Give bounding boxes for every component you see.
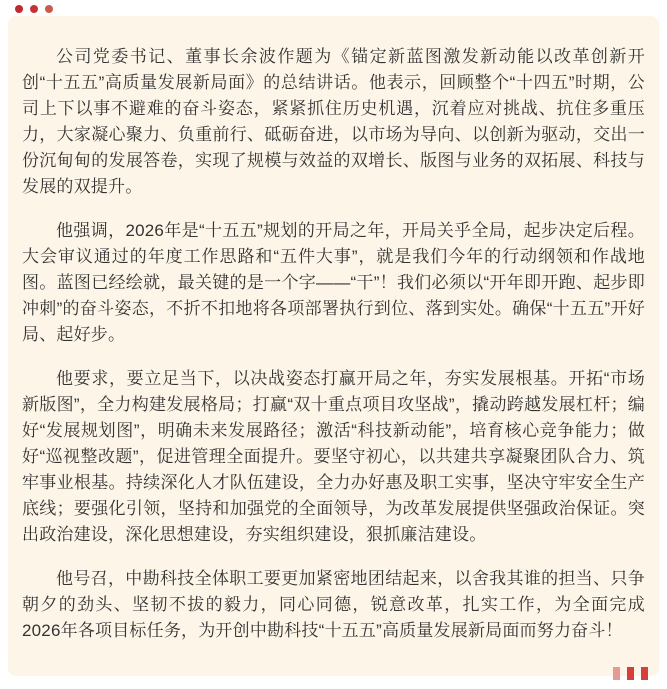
accent-bar-icon	[613, 667, 620, 680]
window-dots	[15, 5, 53, 13]
article-paragraph-4: 他号召，中勘科技全体职工要更加紧密地团结起来，以舍我其谁的担当、只争朝夕的劲头、…	[22, 566, 645, 644]
article-paragraph-2: 他强调，2026年是“十五五”规划的开局之年，开局关乎全局，起步决定后程。大会审…	[22, 218, 645, 348]
window-dot-icon	[30, 5, 38, 13]
article-card: 公司党委书记、董事长余波作题为《锚定新蓝图激发新动能以改革创新开创“十五五”高质…	[8, 16, 659, 676]
accent-bar-icon	[627, 667, 634, 680]
window-dot-icon	[15, 5, 23, 13]
footer-accent-bars	[613, 667, 648, 680]
article-paragraph-3: 他要求，要立足当下，以决战姿态打赢开局之年，夯实发展根基。开拓“市场新版图”，全…	[22, 366, 645, 548]
page: 公司党委书记、董事长余波作题为《锚定新蓝图激发新动能以改革创新开创“十五五”高质…	[0, 0, 667, 689]
article-paragraph-1: 公司党委书记、董事长余波作题为《锚定新蓝图激发新动能以改革创新开创“十五五”高质…	[22, 44, 645, 200]
window-dot-icon	[45, 5, 53, 13]
accent-bar-icon	[641, 667, 648, 680]
